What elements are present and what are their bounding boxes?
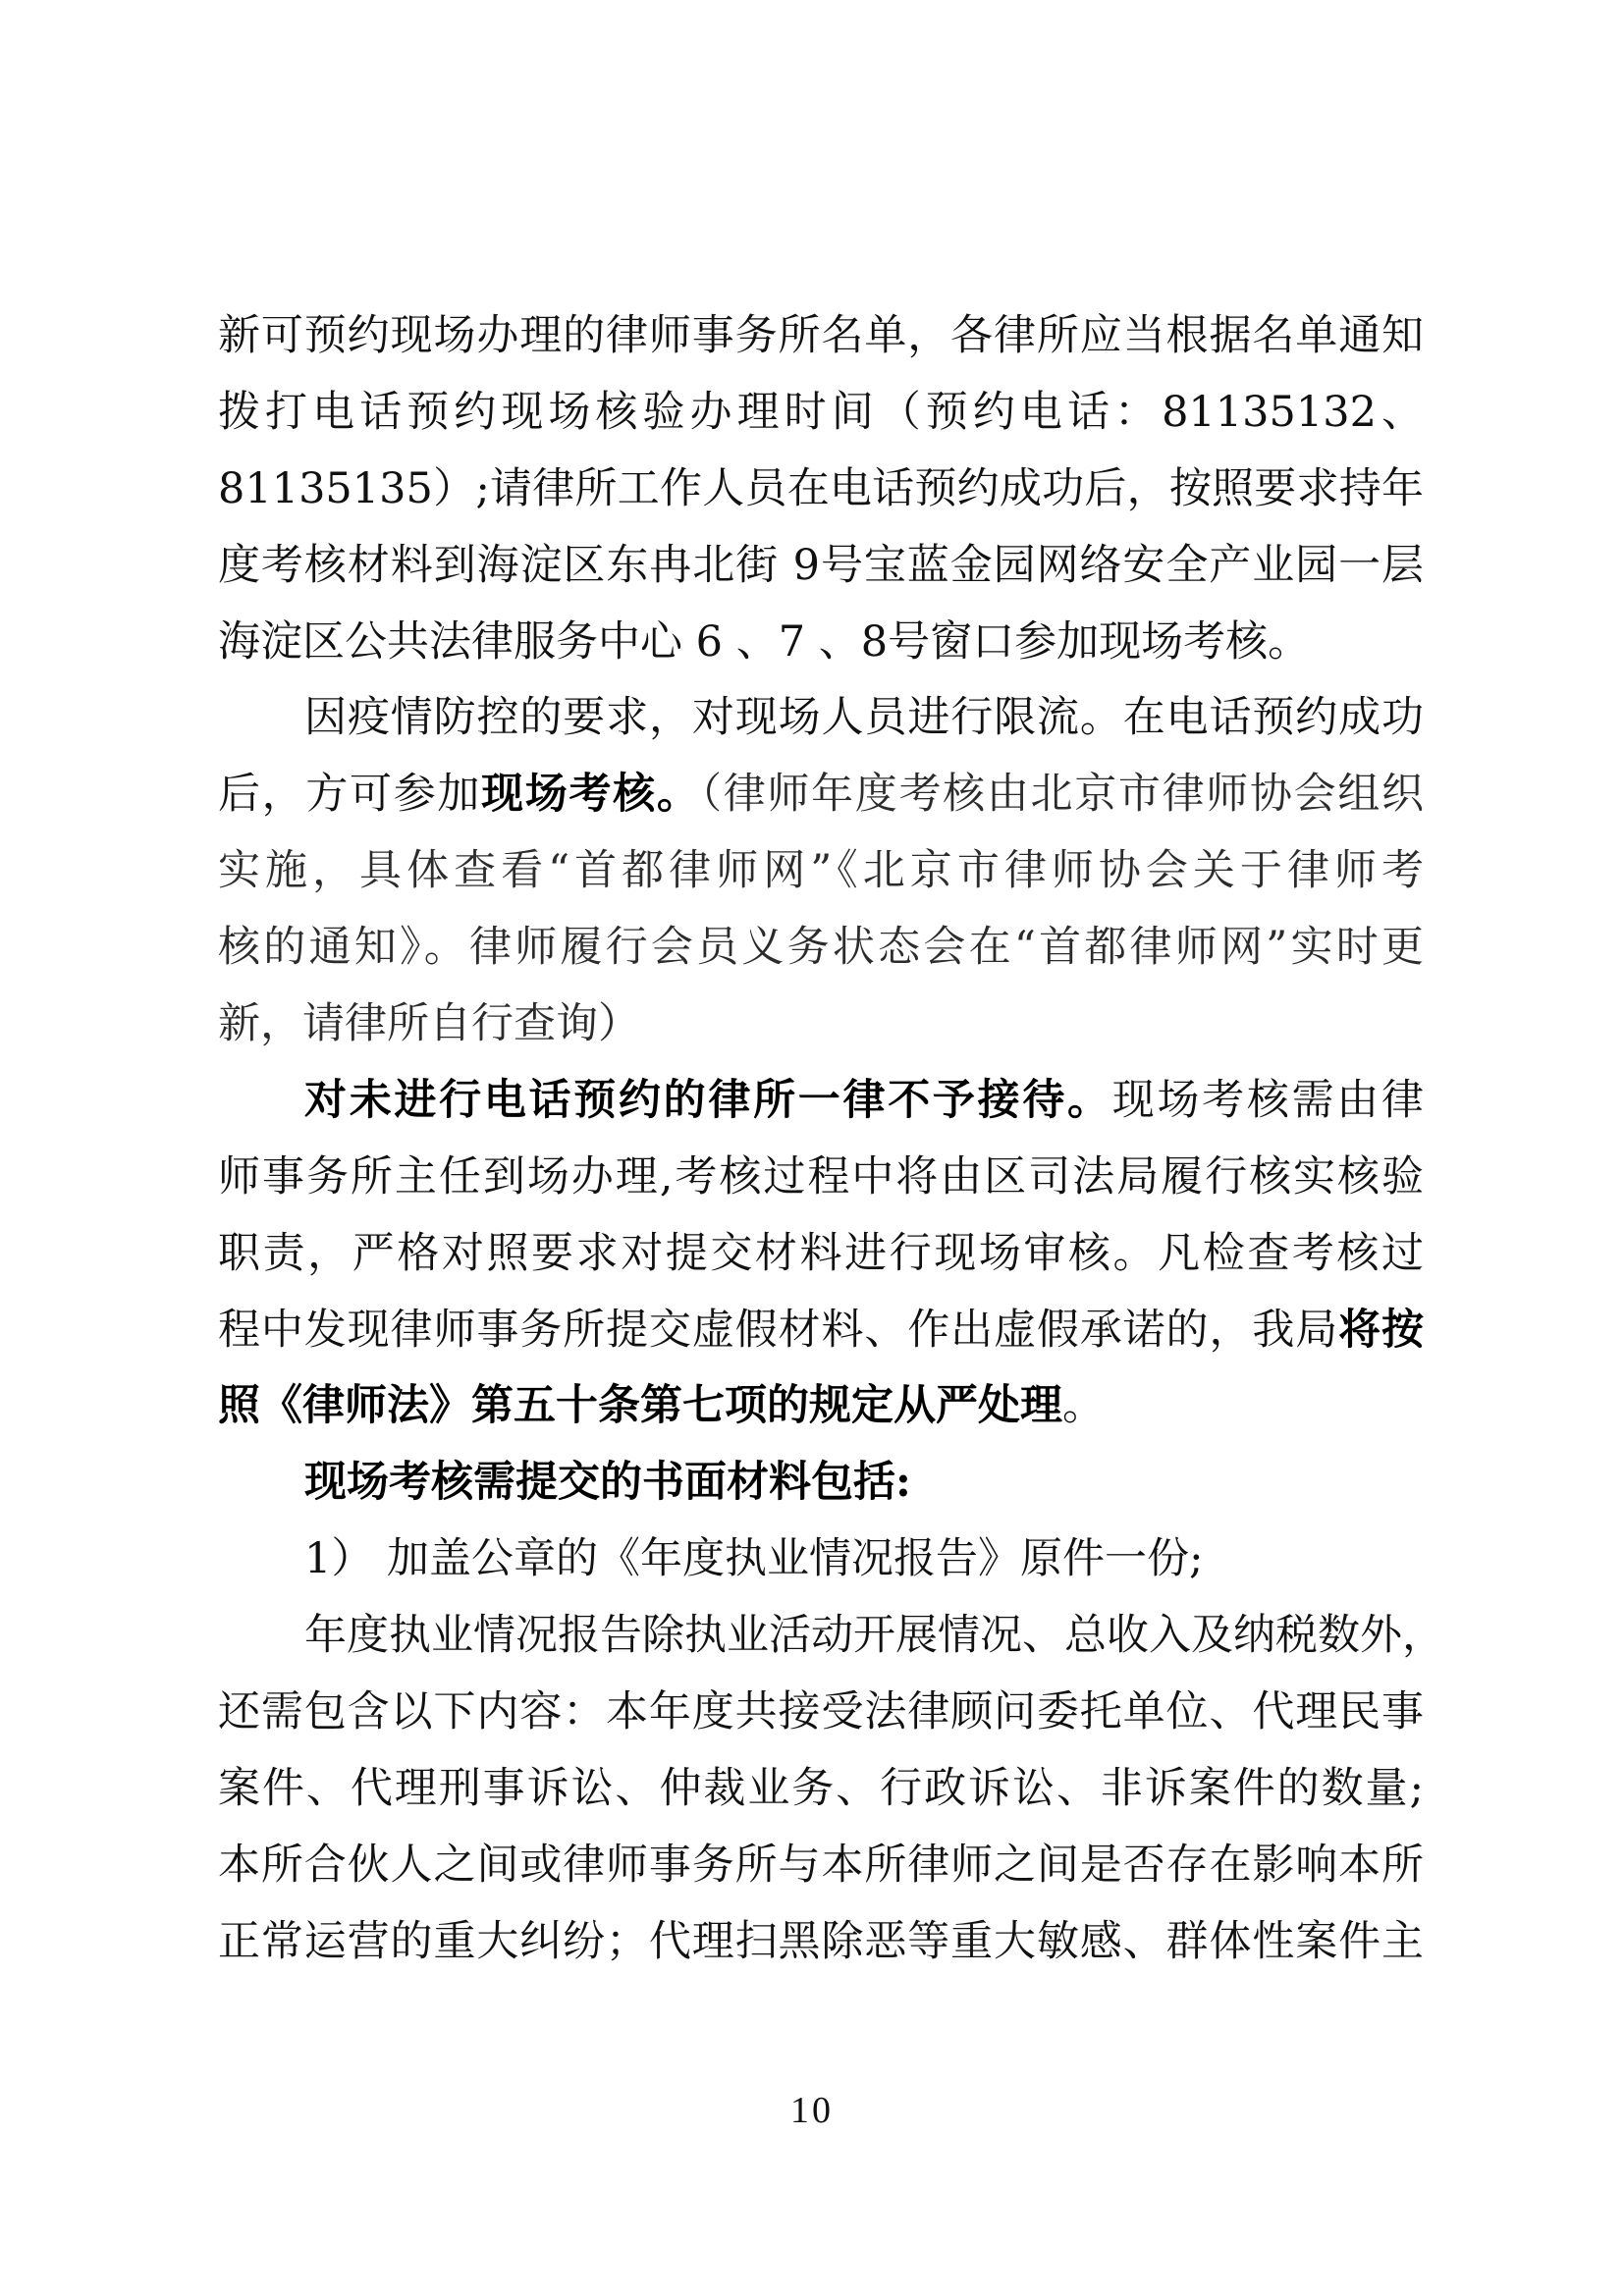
text-line: 拨打电话预约现场核验办理时间（预约电话：81135132、 — [218, 375, 1424, 452]
text-run: 新可预约现场办理的律师事务所名单，各律所应当根据名单通知 — [218, 311, 1424, 360]
text-line: 实施，具体查看“首都律师网”《北京市律师协会关于律师考 — [218, 833, 1424, 910]
list-item-text: 1） 加盖公章的《年度执业情况报告》原件一份; — [304, 1534, 1204, 1583]
text-run: 正常运营的重大纠纷；代理扫黑除恶等重大敏感、群体性案件主 — [218, 1917, 1424, 1966]
text-run: 职责，严格对照要求对提交材料进行现场审核。凡检查考核过 — [218, 1229, 1424, 1278]
text-line: 本所合伙人之间或律师事务所与本所律师之间是否存在影响本所 — [218, 1828, 1424, 1904]
text-run: 现场考核需由律 — [1112, 1076, 1424, 1125]
text-run: 81135135）;请律所工作人员在电话预约成功后，按照要求持年 — [218, 464, 1424, 513]
emphasis-text: 将按 — [1338, 1306, 1424, 1355]
text-run: 年度执业情况报告除执业活动开展情况、总收入及纳税数外， — [304, 1611, 1444, 1660]
text-line: 程中发现律师事务所提交虚假材料、作出虚假承诺的，我局将按 — [218, 1293, 1424, 1369]
note-text: 核的通知》。律师履行会员义务状态会在“首都律师网”实时更 — [218, 923, 1424, 972]
text-run: 后，方可参加 — [218, 770, 481, 819]
list-item: 1） 加盖公章的《年度执业情况报告》原件一份; — [218, 1522, 1424, 1598]
document-page: 新可预约现场办理的律师事务所名单，各律所应当根据名单通知 拨打电话预约现场核验办… — [0, 0, 1624, 2296]
text-line: 新，请律所自行查询） — [218, 987, 1424, 1063]
text-run: 程中发现律师事务所提交虚假材料、作出虚假承诺的，我局 — [218, 1306, 1338, 1355]
text-run: 本所合伙人之间或律师事务所与本所律师之间是否存在影响本所 — [218, 1841, 1424, 1890]
heading-text: 现场考核需提交的书面材料包括: — [304, 1458, 911, 1507]
text-line: 年度执业情况报告除执业活动开展情况、总收入及纳税数外， — [218, 1598, 1424, 1675]
body-text: 新可预约现场办理的律师事务所名单，各律所应当根据名单通知 拨打电话预约现场核验办… — [218, 298, 1424, 1981]
text-run: 还需包含以下内容：本年度共接受法律顾问委托单位、代理民事 — [218, 1687, 1424, 1736]
text-run: 海淀区公共法律服务中心 6 、7 、8号窗口参加现场考核。 — [218, 617, 1310, 667]
text-run: 师事务所主任到场办理,考核过程中将由区司法局履行核实核验 — [218, 1152, 1424, 1201]
text-line: 新可预约现场办理的律师事务所名单，各律所应当根据名单通知 — [218, 298, 1424, 375]
page-number: 10 — [0, 2089, 1624, 2132]
text-line: 后，方可参加现场考核。（律师年度考核由北京市律师协会组织 — [218, 757, 1424, 833]
emphasis-text: 对未进行电话预约的律所一律不予接待。 — [304, 1076, 1112, 1125]
text-line: 核的通知》。律师履行会员义务状态会在“首都律师网”实时更 — [218, 910, 1424, 987]
text-line: 职责，严格对照要求对提交材料进行现场审核。凡检查考核过 — [218, 1216, 1424, 1293]
text-run: 。 — [1062, 1381, 1105, 1430]
text-line: 海淀区公共法律服务中心 6 、7 、8号窗口参加现场考核。 — [218, 605, 1424, 681]
text-line: 因疫情防控的要求，对现场人员进行限流。在电话预约成功 — [218, 680, 1424, 757]
text-line: 81135135）;请律所工作人员在电话预约成功后，按照要求持年 — [218, 452, 1424, 528]
text-line: 案件、代理刑事诉讼、仲裁业务、行政诉讼、非诉案件的数量; — [218, 1751, 1424, 1828]
text-run: 拨打电话预约现场核验办理时间（预约电话：81135132、 — [218, 388, 1424, 437]
note-text: 实施，具体查看“首都律师网”《北京市律师协会关于律师考 — [218, 846, 1424, 895]
emphasis-text: 照《律师法》第五十条第七项的规定从严处理 — [218, 1381, 1062, 1430]
text-line: 度考核材料到海淀区东冉北街 9号宝蓝金园网络安全产业园一层 — [218, 528, 1424, 605]
text-line: 对未进行电话预约的律所一律不予接待。现场考核需由律 — [218, 1063, 1424, 1140]
text-line: 正常运营的重大纠纷；代理扫黑除恶等重大敏感、群体性案件主 — [218, 1904, 1424, 1981]
text-run: 案件、代理刑事诉讼、仲裁业务、行政诉讼、非诉案件的数量; — [218, 1764, 1424, 1813]
text-line: 照《律师法》第五十条第七项的规定从严处理。 — [218, 1368, 1424, 1445]
emphasis-text: 现场考核。 — [481, 770, 700, 819]
text-line: 还需包含以下内容：本年度共接受法律顾问委托单位、代理民事 — [218, 1675, 1424, 1751]
note-text: 新，请律所自行查询） — [218, 999, 640, 1048]
note-text: （律师年度考核由北京市律师协会组织 — [701, 770, 1424, 819]
text-run: 度考核材料到海淀区东冉北街 9号宝蓝金园网络安全产业园一层 — [218, 541, 1424, 590]
text-line: 师事务所主任到场办理,考核过程中将由区司法局履行核实核验 — [218, 1140, 1424, 1216]
section-heading: 现场考核需提交的书面材料包括: — [218, 1445, 1424, 1522]
text-run: 因疫情防控的要求，对现场人员进行限流。在电话预约成功 — [304, 693, 1424, 742]
